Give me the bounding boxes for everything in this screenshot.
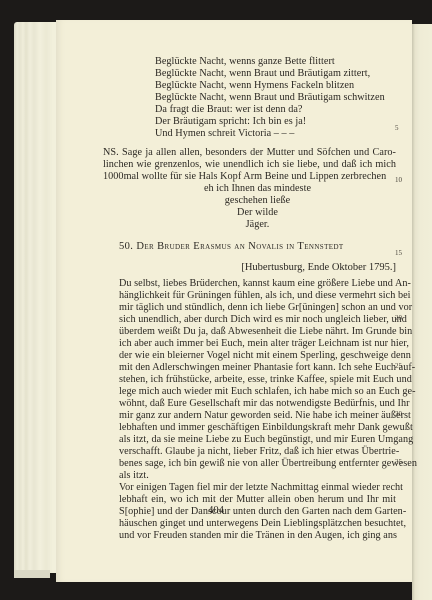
body-line: verschafft. Glaube ja nicht, lieber Frit… <box>119 446 396 458</box>
letter-heading: 50. Der Bruder Erasmus an Novalis in Ten… <box>119 241 344 253</box>
closing-line: eh ich Ihnen das mindeste <box>119 183 396 195</box>
body-line: benes sage, ich bin gewiß nie von aller … <box>119 458 396 470</box>
body-line: hänglichkeit für Grüningen fühlen, als i… <box>119 290 396 302</box>
poem-line: Und Hymen schreit Victoria – – – <box>155 128 294 140</box>
poem-line: Beglückte Nacht, wenn Hymens Fackeln bli… <box>155 80 354 92</box>
line-number: 35 <box>395 458 402 466</box>
body-line: lebhaften und immer geschäftigen Einbild… <box>119 422 396 434</box>
body-line: der wie ein bleierner Vogel nicht mit ei… <box>119 350 396 362</box>
body-line: wöhnt, daß Eure Gesellschaft mir das not… <box>119 398 396 410</box>
body-line: ich aber auch immer bei Euch, mein alter… <box>119 338 396 350</box>
body-line: Du selbst, liebes Brüderchen, kannst kau… <box>119 278 396 290</box>
body-line: mit den Adlerschwingen meiner Phantasie … <box>119 362 396 374</box>
body-line: lege mich auch wieder mit Euch schlafen,… <box>119 386 396 398</box>
closing-line: geschehen ließe <box>119 195 396 207</box>
poem-line: Der Bräutigam spricht: Ich bin es ja! <box>155 116 306 128</box>
closing-line: Jäger. <box>119 219 396 231</box>
line-number: 5 <box>395 124 399 132</box>
body-line: und vor Freuden standen mir die Tränen i… <box>119 530 396 542</box>
poem-line: Beglückte Nacht, wenns ganze Bette flitt… <box>155 56 335 68</box>
body-line: mir ganz zur andern Natur geworden seid.… <box>119 410 396 422</box>
line-number: 10 <box>395 176 402 184</box>
body-line: als itzt, da sie meine Liebe zu Euch beg… <box>119 434 396 446</box>
page-number: 404 <box>0 505 432 517</box>
letter-dateline: [Hubertusburg, Ende Oktober 1795.] <box>241 262 396 274</box>
body-line: sich unendlich, aber durch Dich wird es … <box>119 314 396 326</box>
poem-line: Beglückte Nacht, wenn Braut und Bräutiga… <box>155 92 385 104</box>
body-line: als itzt. <box>119 470 396 482</box>
body-line: Vor einigen Tagen fiel mir der letzte Na… <box>119 482 396 494</box>
body-line: stehen, ich frühstücke, arbeite, esse, t… <box>119 374 396 386</box>
line-number: 20 <box>395 314 402 322</box>
poem-line: Da fragt die Braut: wer ist denn da? <box>155 104 302 116</box>
poem-line: Beglückte Nacht, wenn Braut und Bräutiga… <box>155 68 370 80</box>
line-number: 15 <box>395 249 402 257</box>
page-stack-edge <box>14 22 60 573</box>
body-line: häuschen ginget und unterwegens Dein Lie… <box>119 518 396 530</box>
line-number: 25 <box>395 362 402 370</box>
postscript-line: linchen wie grenzenlos, wie unendlich ic… <box>103 159 396 171</box>
line-number: 30 <box>395 410 402 418</box>
body-line: mir täglich und stündlich, denn ich lieb… <box>119 302 396 314</box>
body-line: überdem weißt Du ja, daß Abwesenheit die… <box>119 326 396 338</box>
page-stack-bottom <box>14 570 50 578</box>
postscript-line: 1000mal wollte für sie Hals Kopf Arm Bei… <box>103 171 396 183</box>
closing-line: Der wilde <box>119 207 396 219</box>
postscript-line: NS. Sage ja allen allen, besonders der M… <box>103 147 396 159</box>
background-corner <box>412 0 432 24</box>
